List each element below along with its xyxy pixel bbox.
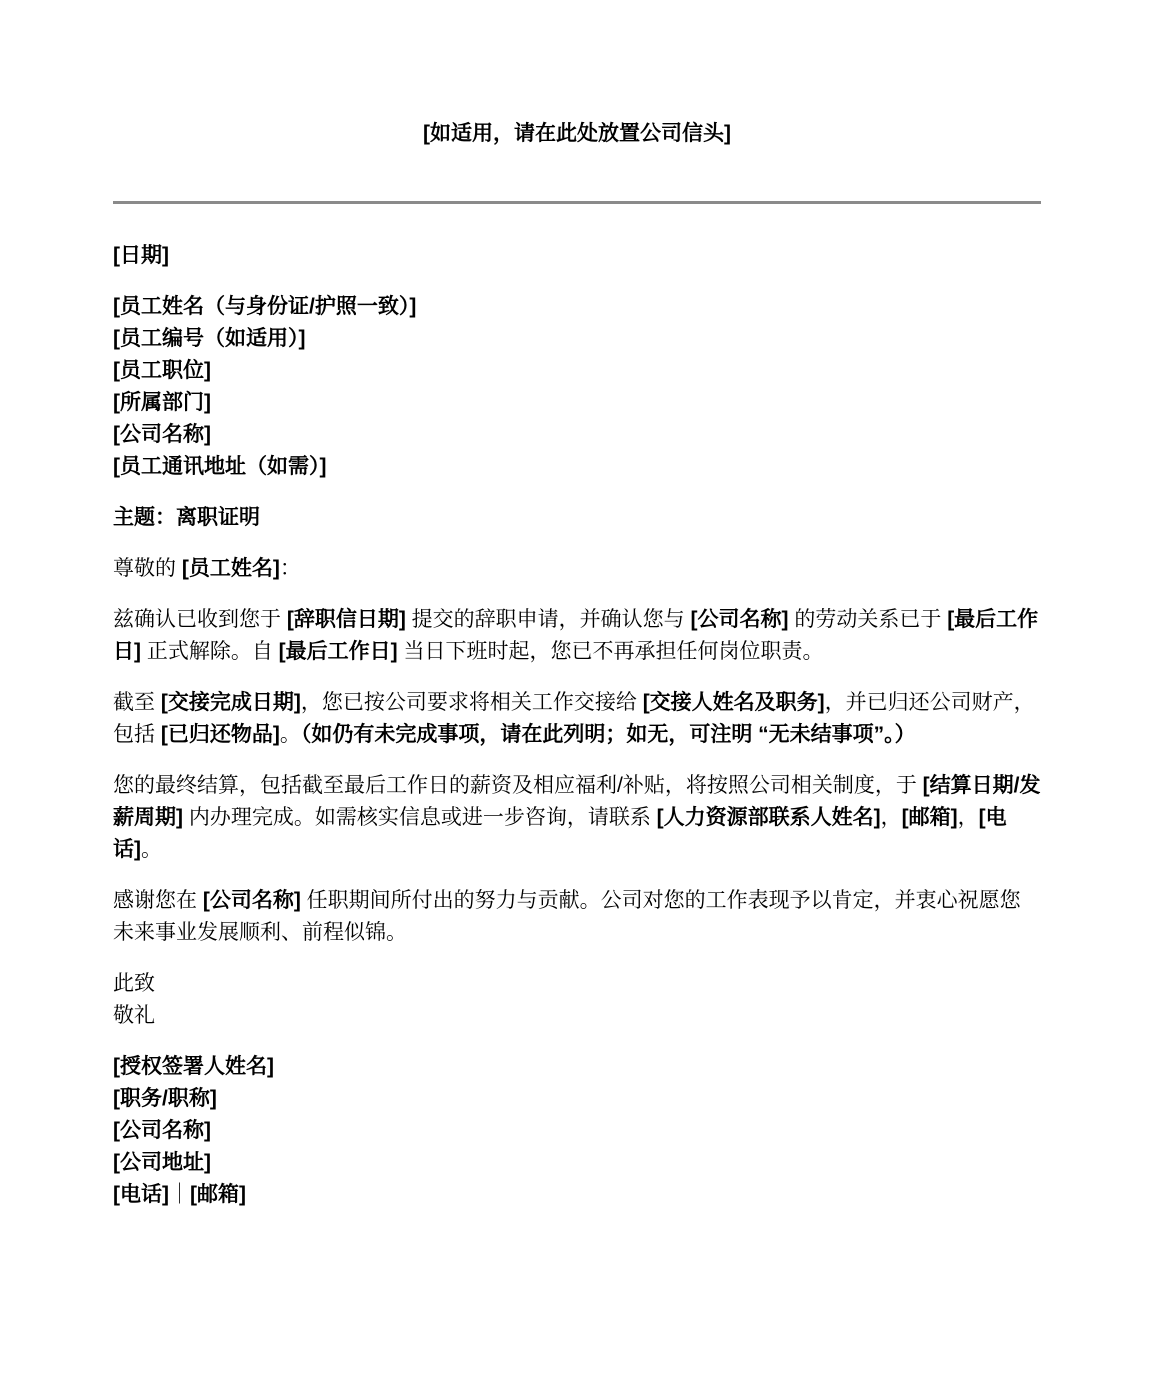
placeholder-field: [员工姓名]	[182, 557, 280, 580]
text-line: [员工姓名（与身份证/护照一致）]	[113, 291, 1041, 323]
text-run: 敬礼	[113, 1004, 155, 1027]
text-run: ：	[280, 557, 301, 580]
placeholder-field: [电话]	[113, 1183, 169, 1206]
text-line: [公司地址]	[113, 1147, 1041, 1179]
text-run: 感谢您在	[113, 889, 203, 912]
text-run: ｜	[169, 1183, 190, 1206]
text-line: 此致	[113, 968, 1041, 1000]
placeholder-field: [公司名称]	[113, 1119, 211, 1142]
text-run: 兹确认已收到您于	[113, 608, 287, 631]
placeholder-field: [日期]	[113, 244, 169, 267]
placeholder-field: [交接人姓名及职务]	[643, 691, 825, 714]
text-run: 截至	[113, 691, 161, 714]
date-line: [日期]	[113, 240, 1041, 272]
placeholder-field: [如适用，请在此处放置公司信头]	[423, 122, 731, 145]
body-paragraph: 兹确认已收到您于 [辞职信日期] 提交的辞职申请，并确认您与 [公司名称] 的劳…	[113, 604, 1041, 668]
placeholder-field: [交接完成日期]	[161, 691, 301, 714]
text-run: 内办理完成。如需核实信息或进一步咨询，请联系	[183, 806, 657, 829]
text-run: 尊敬的	[113, 557, 182, 580]
text-run: ，	[881, 806, 902, 829]
text-line: 敬礼	[113, 1000, 1041, 1032]
placeholder-field: [所属部门]	[113, 391, 211, 414]
text-run: 。	[141, 838, 162, 861]
closing-block: 此致敬礼	[113, 968, 1041, 1032]
body-paragraph: 截至 [交接完成日期]，您已按公司要求将相关工作交接给 [交接人姓名及职务]，并…	[113, 687, 1041, 751]
placeholder-field: 主题：离职证明	[113, 506, 260, 529]
text-run: 提交的辞职申请，并确认您与	[406, 608, 691, 631]
text-run: 您的最终结算，包括截至最后工作日的薪资及相应福利/补贴，将按照公司相关制度，于	[113, 774, 923, 797]
text-line: [员工职位]	[113, 355, 1041, 387]
text-run: ，	[958, 806, 979, 829]
body-paragraphs: 兹确认已收到您于 [辞职信日期] 提交的辞职申请，并确认您与 [公司名称] 的劳…	[113, 604, 1041, 949]
placeholder-field: [公司名称]	[691, 608, 789, 631]
body-paragraph: 您的最终结算，包括截至最后工作日的薪资及相应福利/补贴，将按照公司相关制度，于 …	[113, 770, 1041, 866]
placeholder-field: （如仍有未完成事项，请在此列明；如无，可注明 “无未结事项”。）	[301, 723, 916, 746]
placeholder-field: [公司名称]	[113, 423, 211, 446]
text-line: [员工通讯地址（如需）]	[113, 451, 1041, 483]
text-run: ，您已按公司要求将相关工作交接给	[301, 691, 643, 714]
signature-block: [授权签署人姓名][职务/职称][公司名称][公司地址][电话]｜[邮箱]	[113, 1051, 1041, 1211]
text-line: [员工编号（如适用）]	[113, 323, 1041, 355]
text-line: [授权签署人姓名]	[113, 1051, 1041, 1083]
document-page: [如适用，请在此处放置公司信头] [日期] [员工姓名（与身份证/护照一致）][…	[0, 0, 1154, 1396]
recipient-block: [员工姓名（与身份证/护照一致）][员工编号（如适用）][员工职位][所属部门]…	[113, 291, 1041, 483]
placeholder-field: [员工通讯地址（如需）]	[113, 455, 327, 478]
text-line: [公司名称]	[113, 1115, 1041, 1147]
placeholder-field: [员工编号（如适用）]	[113, 327, 306, 350]
divider-line	[113, 201, 1041, 204]
salutation: 尊敬的 [员工姓名]：	[113, 553, 1041, 585]
placeholder-field: [员工姓名（与身份证/护照一致）]	[113, 295, 416, 318]
placeholder-field: [最后工作日]	[279, 640, 398, 663]
text-run: 当日下班时起，您已不再承担任何岗位职责。	[398, 640, 824, 663]
placeholder-field: [人力资源部联系人姓名]	[657, 806, 881, 829]
text-run: 此致	[113, 972, 155, 995]
subject-line: 主题：离职证明	[113, 502, 1041, 534]
placeholder-field: [授权签署人姓名]	[113, 1055, 274, 1078]
placeholder-field: [已归还物品]	[161, 723, 280, 746]
placeholder-field: [员工职位]	[113, 359, 211, 382]
placeholder-field: [公司名称]	[203, 889, 301, 912]
placeholder-field: [邮箱]	[190, 1183, 246, 1206]
text-line: [所属部门]	[113, 387, 1041, 419]
text-run: 的劳动关系已于	[789, 608, 948, 631]
placeholder-field: [职务/职称]	[113, 1087, 217, 1110]
body-paragraph: 感谢您在 [公司名称] 任职期间所付出的努力与贡献。公司对您的工作表现予以肯定，…	[113, 885, 1041, 949]
text-run: 。	[280, 723, 301, 746]
placeholder-field: [邮箱]	[902, 806, 958, 829]
text-line: [公司名称]	[113, 419, 1041, 451]
text-run: 正式解除。自	[141, 640, 279, 663]
placeholder-field: [公司地址]	[113, 1151, 211, 1174]
letterhead-placeholder: [如适用，请在此处放置公司信头]	[113, 118, 1041, 150]
text-line: [职务/职称]	[113, 1083, 1041, 1115]
placeholder-field: [辞职信日期]	[287, 608, 406, 631]
text-line: [电话]｜[邮箱]	[113, 1179, 1041, 1211]
